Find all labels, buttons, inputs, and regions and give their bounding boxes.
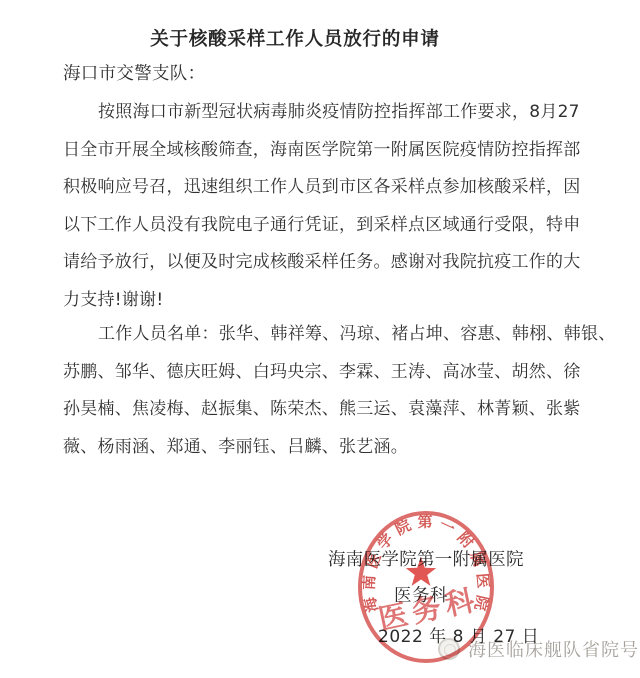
document-title: 关于核酸采样工作人员放行的申请	[0, 25, 590, 51]
signature-department: 医务科	[394, 582, 448, 607]
body-line: 薇、杨雨涵、郑通、李丽钰、吕麟、张艺涵。	[63, 429, 623, 467]
body-line: 积极响应号召，迅速组织工作人员到市区各采样点参加核酸采样，因	[63, 169, 623, 207]
body-line: 工作人员名单：张华、韩祥筹、冯琼、褚占坤、容惠、韩栩、韩银、	[63, 316, 623, 354]
body-line: 以下工作人员没有我院电子通行凭证，到采样点区域通行受限，特申	[63, 207, 623, 245]
body-line: 按照海口市新型冠状病毒肺炎疫情防控指挥部工作要求，8月27	[63, 94, 623, 132]
body-line: 力支持!谢谢!	[63, 282, 623, 320]
document-page: 关于核酸采样工作人员放行的申请 海口市交警支队： 按照海口市新型冠状病毒肺炎疫情…	[0, 0, 640, 678]
signature-organization: 海南医学院第一附属医院	[328, 546, 524, 571]
body-line: 孙昊楠、焦凌梅、赵振集、陈荣杰、熊三运、袁藻萍、林菁颖、张紫	[63, 391, 623, 429]
body-line: 苏鹏、邹华、德庆旺姆、白玛央宗、李霖、王涛、高冰莹、胡然、徐	[63, 354, 623, 392]
signature-date: 2022 年 8 月 27 日	[378, 622, 539, 647]
paragraph-name-list: 工作人员名单：张华、韩祥筹、冯琼、褚占坤、容惠、韩栩、韩银、 苏鹏、邹华、德庆旺…	[63, 316, 623, 466]
paragraph-request: 按照海口市新型冠状病毒肺炎疫情防控指挥部工作要求，8月27 日全市开展全域核酸筛…	[63, 94, 623, 320]
body-line: 日全市开展全域核酸筛查，海南医学院第一附属医院疫情防控指挥部	[63, 132, 623, 170]
salutation: 海口市交警支队：	[63, 59, 205, 89]
body-line: 请给予放行，以便及时完成核酸采样任务。感谢对我院抗疫工作的大	[63, 244, 623, 282]
